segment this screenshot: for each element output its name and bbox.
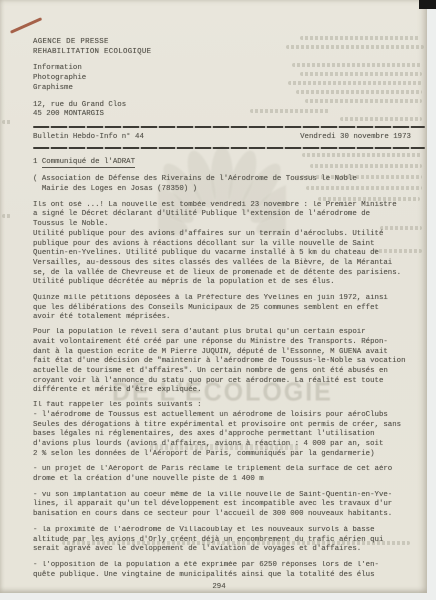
ghost-text-row <box>2 214 11 218</box>
paper-sheet: DE L'ECOLOGIE AGENCE DE PRESSE REHABILIT… <box>0 0 427 593</box>
association-note: ( Association de Défense des Riverains d… <box>33 175 425 194</box>
scanned-document: DE L'ECOLOGIE AGENCE DE PRESSE REHABILIT… <box>0 0 436 600</box>
agency-line2: REHABILITATION ECOLOGIQUE <box>33 48 151 56</box>
section-title-line: 1 Communiqué de l'ADRAT <box>33 158 425 168</box>
paragraph-implantation: - vu son implantation au coeur même de l… <box>33 491 425 520</box>
red-pen-mark <box>10 17 42 33</box>
horizontal-rule-bottom <box>33 147 425 149</box>
paragraph-opposition: - l'opposition de la population a été ex… <box>33 561 425 580</box>
horizontal-rule-top <box>33 126 425 128</box>
paragraph-proximite-villacoublay: - la proximité de l'aérodrome de Villaco… <box>33 526 425 555</box>
bulletin-date: Vendredi 30 novembre 1973 <box>300 133 411 143</box>
paragraph-points-suivants: Il faut rappeler les points suivants : -… <box>33 401 425 459</box>
paragraph-utilite-publique: Ils ont osé ...! La nouvelle est tombée … <box>33 201 425 288</box>
paragraph-reveil: Pour la population le réveil sera d'auta… <box>33 328 425 396</box>
agency-line1: AGENCE DE PRESSE <box>33 38 109 46</box>
letterhead-agency: AGENCE DE PRESSE REHABILITATION ECOLOGIQ… <box>33 38 425 57</box>
paragraph-projet-aeroport: - un projet de l'Aéroport de Paris récla… <box>33 465 425 484</box>
page-number: 294 <box>23 583 415 593</box>
ghost-text-row <box>2 120 12 124</box>
bulletin-bar: Bulletin Hebdo-Info n° 44 Vendredi 30 no… <box>33 133 425 143</box>
bulletin-title: Bulletin Hebdo-Info n° 44 <box>33 133 144 143</box>
paragraph-petitions: Quinze mille pétitions déposées à la Pré… <box>33 294 425 323</box>
document-content: AGENCE DE PRESSE REHABILITATION ECOLOGIQ… <box>33 38 425 593</box>
letterhead-services: Information Photographie Graphisme <box>33 64 425 93</box>
letterhead-address: 12, rue du Grand Clos 45 200 MONTARGIS <box>33 101 425 120</box>
scanner-corner-mark <box>419 0 436 9</box>
section-number: 1 <box>33 158 37 166</box>
section-title: Communiqué de l'ADRAT <box>42 158 135 168</box>
